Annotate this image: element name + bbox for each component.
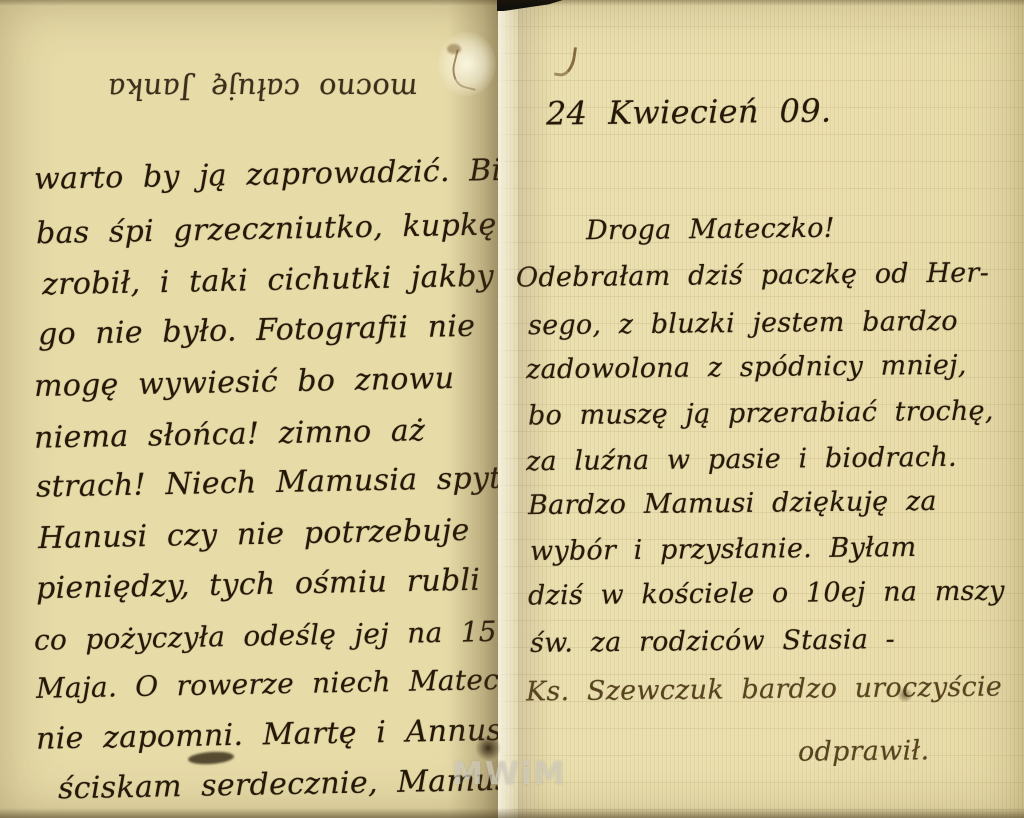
letter-scan: mocno całuję Janka warto by ją zaprowadz… [0, 0, 1024, 818]
letter-date: 24 Kwiecień 09. [546, 95, 832, 130]
salutation-line: Droga Mateczko! [586, 215, 835, 245]
left-page: mocno całuję Janka warto by ją zaprowadz… [0, 0, 498, 818]
right-line: Odebrałam dziś paczkę od Her- [516, 260, 989, 292]
watermark-text: MWiM [452, 756, 567, 792]
fold-shadow-right [518, 0, 552, 818]
left-line: go nie było. Fotografii nie [38, 312, 476, 350]
left-line: niema słońca! zimno aż [34, 416, 426, 454]
right-line: wybór i przysłanie. Byłam [530, 534, 917, 565]
closing-line: odprawił. [798, 737, 930, 765]
fold-highlight [498, 0, 518, 818]
right-line: Ks. Szewczuk bardzo uroczyście [526, 674, 1002, 706]
right-line: za luźna w pasie i biodrach. [526, 444, 957, 476]
left-line: mogę wywiesić bo znowu [34, 364, 455, 402]
left-line: zrobił, i taki cichutki jakby [42, 262, 495, 301]
flipped-postscript-line: mocno całuję Janka [106, 74, 419, 103]
top-edge-shadow [0, 0, 1024, 6]
left-line: Hanusi czy nie potrzebuje [38, 516, 470, 554]
right-line: bo muszę ją przerabiać trochę, [528, 398, 994, 430]
right-line: sego, z bluzki jestem bardzo [528, 308, 958, 339]
bottom-edge-shadow [0, 808, 1024, 818]
right-line: dziś w kościele o 10ej na mszy [528, 578, 1005, 610]
fold-shadow-left [448, 0, 498, 818]
right-page: 24 Kwiecień 09. Droga Mateczko! Odebrała… [498, 0, 1024, 818]
right-line: zadowolona z spódnicy mniej, [526, 352, 967, 384]
left-line: pieniędzy, tych ośmiu rubli [36, 566, 481, 605]
right-line: św. za rodziców Stasia - [530, 626, 895, 657]
right-line: Bardzo Mamusi dziękuję za [528, 488, 937, 519]
